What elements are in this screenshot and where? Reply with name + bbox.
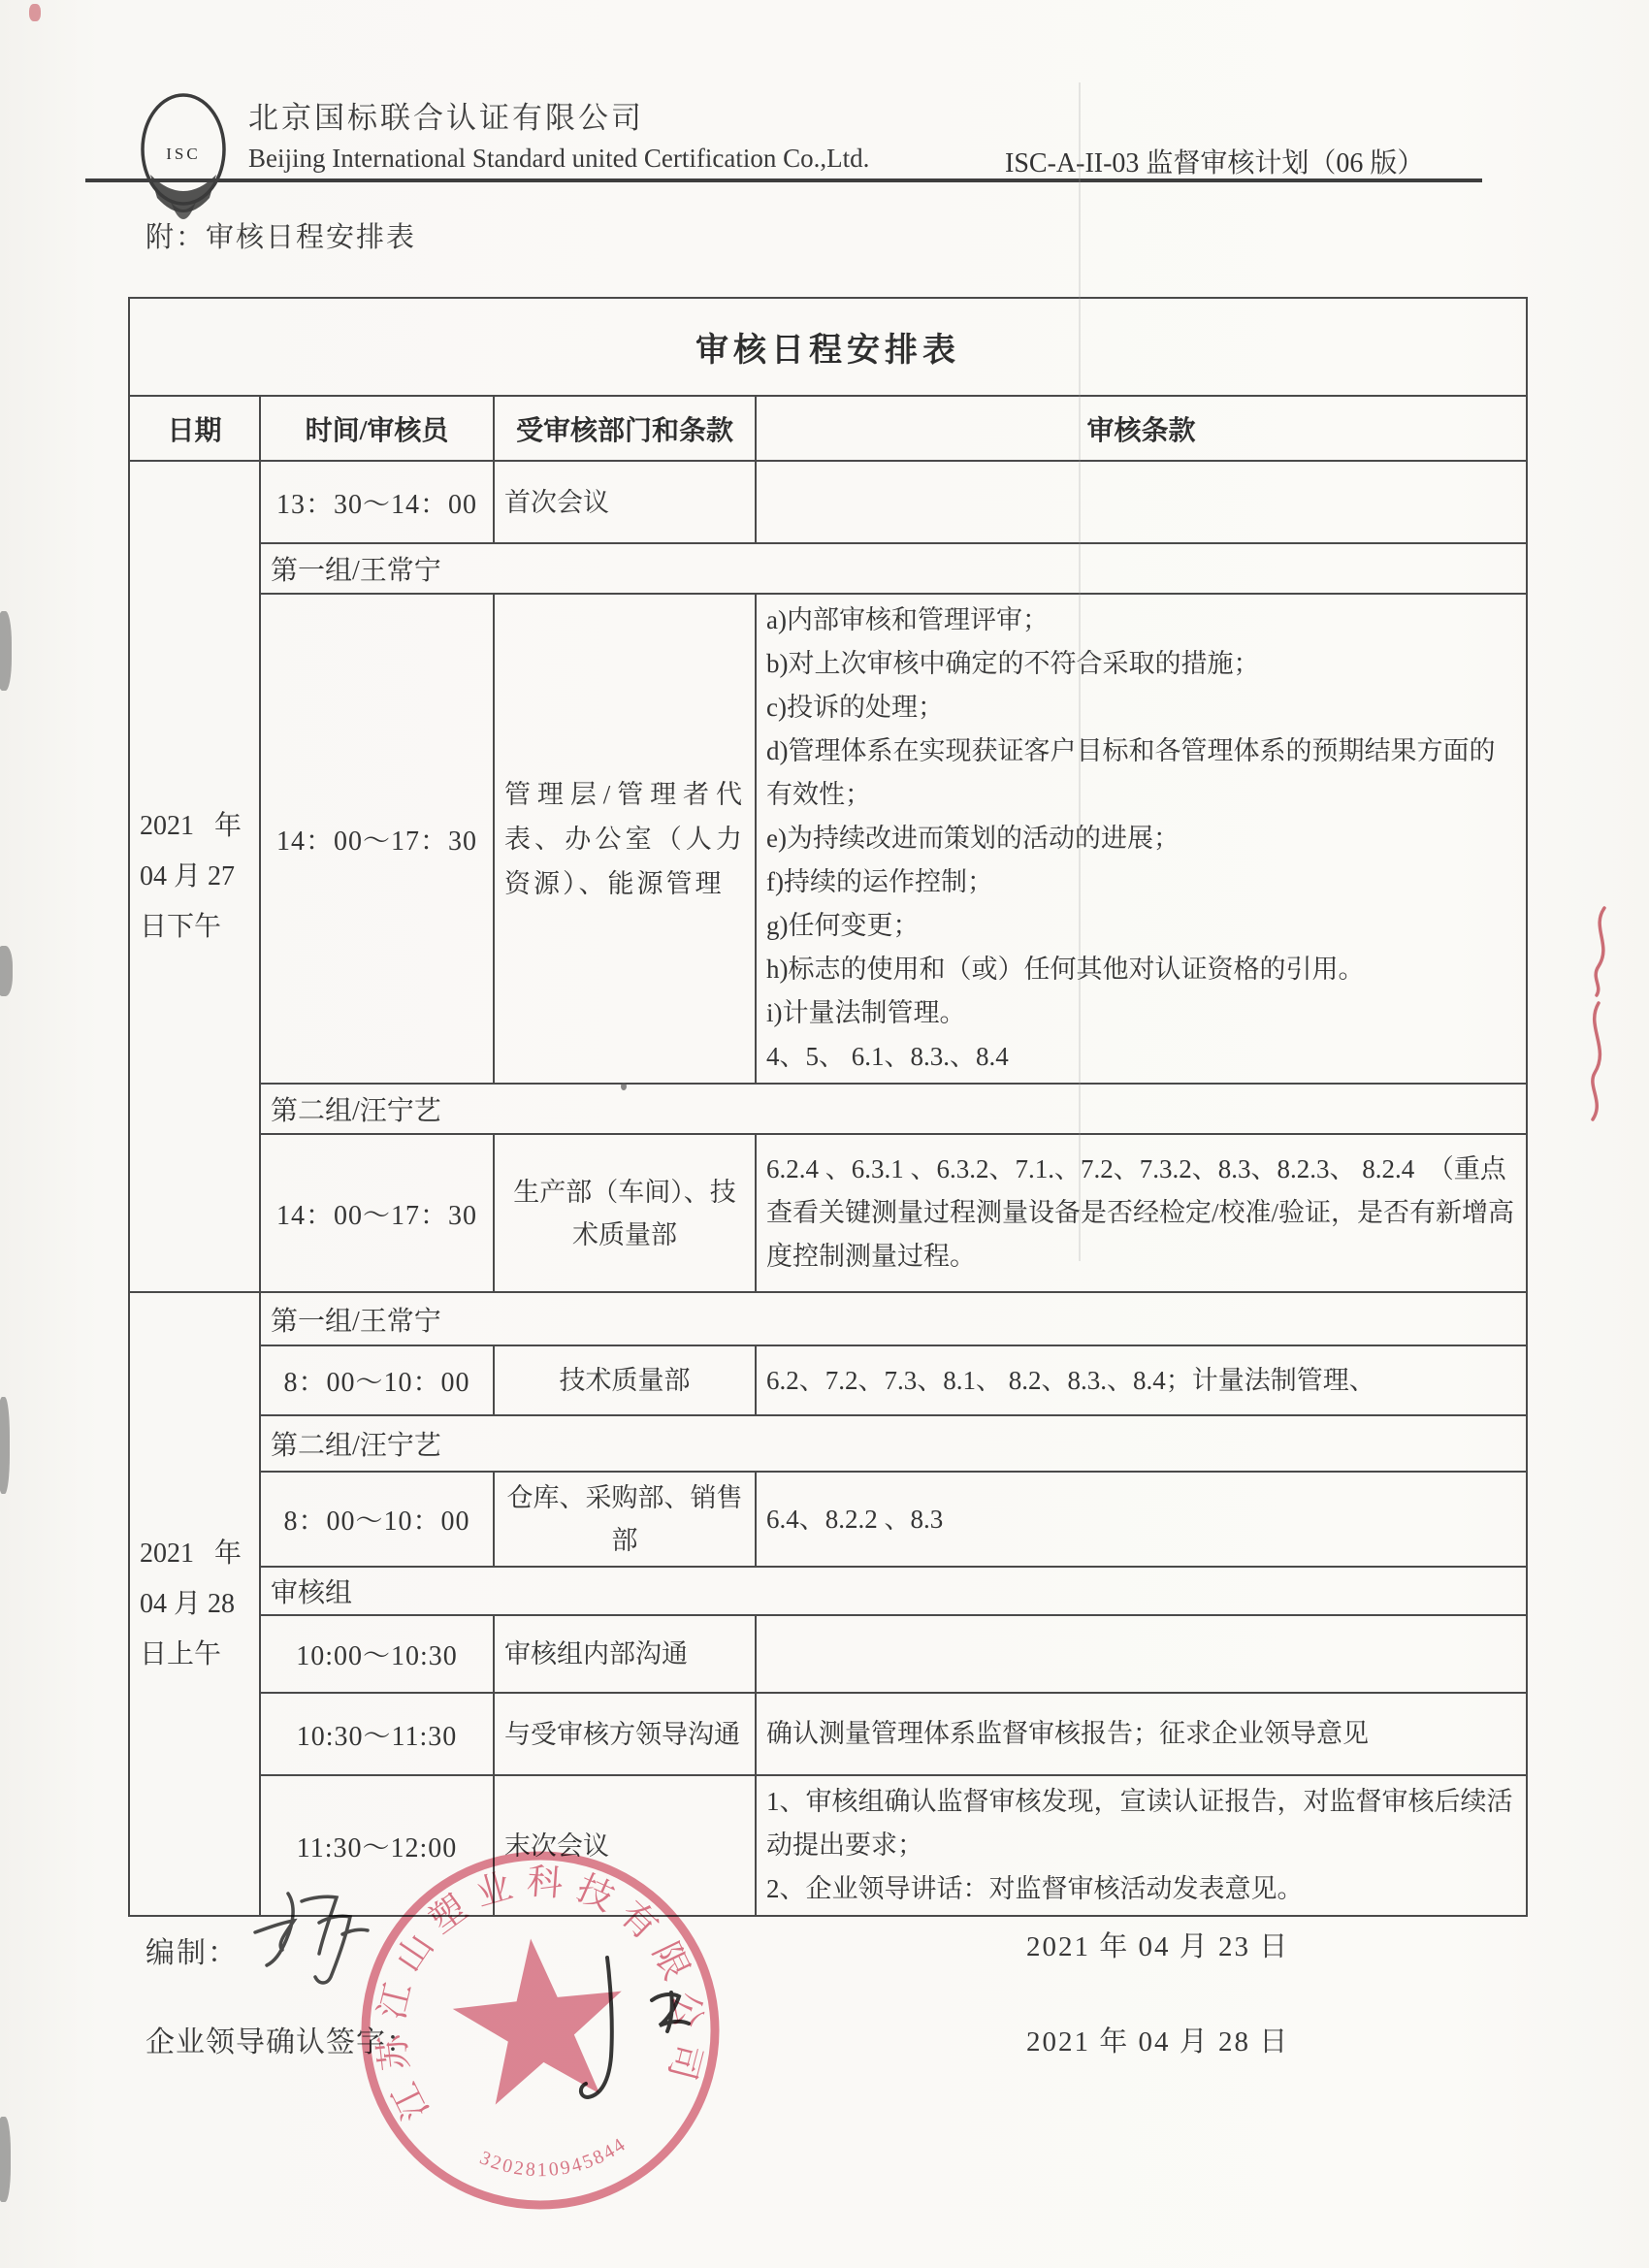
table-row: 10:00～10:30 审核组内部沟通 — [129, 1615, 1527, 1693]
dept-cell: 管理层/管理者代表、办公室（人力资源）、能源管理 — [494, 594, 756, 1084]
scan-fold-line — [1079, 82, 1081, 1261]
scan-artifact — [0, 946, 13, 996]
dept-cell: 生产部（车间）、技术质量部 — [494, 1134, 756, 1292]
clause-cell: 6.2、7.2、7.3、8.1、 8.2、8.3.、8.4；计量法制管理、 — [756, 1345, 1527, 1415]
clause-cell: a)内部审核和管理评审； b)对上次审核中确定的不符合采取的措施； c)投诉的处… — [756, 594, 1527, 1084]
dept-cell: 仓库、采购部、销售部 — [494, 1472, 756, 1567]
col-header-clauses: 审核条款 — [756, 396, 1527, 461]
scan-artifact — [0, 1397, 10, 1494]
time-cell: 13：30～14：00 — [260, 461, 494, 543]
table-row: 8：00～10：00 技术质量部 6.2、7.2、7.3、8.1、 8.2、8.… — [129, 1345, 1527, 1415]
time-cell: 10:30～11:30 — [260, 1693, 494, 1775]
scan-artifact — [0, 2117, 11, 2202]
svg-text:3202810945844: 3202810945844 — [474, 2132, 632, 2188]
group-label: 第二组/汪宁艺 — [260, 1084, 1527, 1134]
group-row: 第二组/汪宁艺 — [129, 1084, 1527, 1134]
dept-cell: 技术质量部 — [494, 1345, 756, 1415]
clause-cell — [756, 461, 1527, 543]
group-label: 审核组 — [260, 1567, 1527, 1615]
seal-serial-number: 3202810945844 — [474, 2132, 632, 2188]
company-name-en: Beijing International Standard united Ce… — [248, 144, 869, 174]
clause-cell: 1、审核组确认监督审核发现，宣读认证报告，对监督审核后续活动提出要求； 2、企业… — [756, 1775, 1527, 1916]
company-name-cn: 北京国标联合认证有限公司 — [248, 93, 644, 137]
leader-confirm-date: 2021 年 04 月 28 日 — [1026, 2020, 1289, 2059]
audit-schedule-table: 审核日程安排表 日期 时间/审核员 受审核部门和条款 审核条款 2021 年 0… — [128, 297, 1528, 1917]
time-cell: 8：00～10：00 — [260, 1345, 494, 1415]
col-header-dept: 受审核部门和条款 — [494, 396, 756, 461]
clause-cell: 6.2.4 、6.3.1 、6.3.2、7.1.、7.2、7.3.2、8.3、8… — [756, 1134, 1527, 1292]
time-cell: 14：00～17：30 — [260, 1134, 494, 1292]
group-row: 审核组 — [129, 1567, 1527, 1615]
time-cell: 8：00～10：00 — [260, 1472, 494, 1567]
time-cell: 14：00～17：30 — [260, 594, 494, 1084]
clause-cell — [756, 1615, 1527, 1693]
table-row: 8：00～10：00 仓库、采购部、销售部 6.4、8.2.2 、8.3 — [129, 1472, 1527, 1567]
scan-artifact — [29, 4, 41, 21]
company-seal: 江苏江山塑业科技有限公司 3202810945844 — [333, 1823, 749, 2239]
group-label: 第二组/汪宁艺 — [260, 1415, 1527, 1472]
table-row: 2021 年 04 月 27 日下午 13：30～14：00 首次会议 — [129, 461, 1527, 543]
logo-text: ISC — [166, 145, 200, 163]
clause-cell: 6.4、8.2.2 、8.3 — [756, 1472, 1527, 1567]
group-label: 第一组/王常宁 — [260, 543, 1527, 594]
dept-cell: 与受审核方领导沟通 — [494, 1693, 756, 1775]
dept-cell: 首次会议 — [494, 461, 756, 543]
col-header-date: 日期 — [129, 396, 260, 461]
clause-cell: 确认测量管理体系监督审核报告；征求企业领导意见 — [756, 1693, 1527, 1775]
table-row: 10:30～11:30 与受审核方领导沟通 确认测量管理体系监督审核报告；征求企… — [129, 1693, 1527, 1775]
table-row: 14：00～17：30 生产部（车间）、技术质量部 6.2.4 、6.3.1 、… — [129, 1134, 1527, 1292]
scan-artifact — [0, 611, 12, 691]
table-header-row: 日期 时间/审核员 受审核部门和条款 审核条款 — [129, 396, 1527, 461]
prepared-date: 2021 年 04 月 23 日 — [1026, 1925, 1289, 1964]
scan-artifact — [621, 1083, 627, 1090]
table-title: 审核日程安排表 — [129, 298, 1527, 396]
group-row: 第一组/王常宁 — [129, 543, 1527, 594]
doc-code: ISC-A-II-03 监督审核计划（06 版） — [1005, 142, 1424, 180]
attachment-note: 附：审核日程安排表 — [145, 215, 416, 255]
prepared-by-label: 编制： — [145, 1928, 239, 1971]
red-margin-mark — [1569, 902, 1637, 1125]
header-rule — [85, 178, 1482, 182]
col-header-time: 时间/审核员 — [260, 396, 494, 461]
table-row: 14：00～17：30 管理层/管理者代表、办公室（人力资源）、能源管理 a)内… — [129, 594, 1527, 1084]
date-cell-day2: 2021 年 04 月 28 日上午 — [129, 1292, 260, 1916]
group-row: 第二组/汪宁艺 — [129, 1415, 1527, 1472]
dept-cell: 审核组内部沟通 — [494, 1615, 756, 1693]
date-cell-day1: 2021 年 04 月 27 日下午 — [129, 461, 260, 1292]
group-row: 2021 年 04 月 28 日上午 第一组/王常宁 — [129, 1292, 1527, 1345]
time-cell: 10:00～10:30 — [260, 1615, 494, 1693]
group-label: 第一组/王常宁 — [260, 1292, 1527, 1345]
scanned-audit-schedule-page: { "header": { "logo_text": "ISC", "compa… — [0, 0, 1649, 2268]
seal-star-icon — [446, 1929, 631, 2108]
